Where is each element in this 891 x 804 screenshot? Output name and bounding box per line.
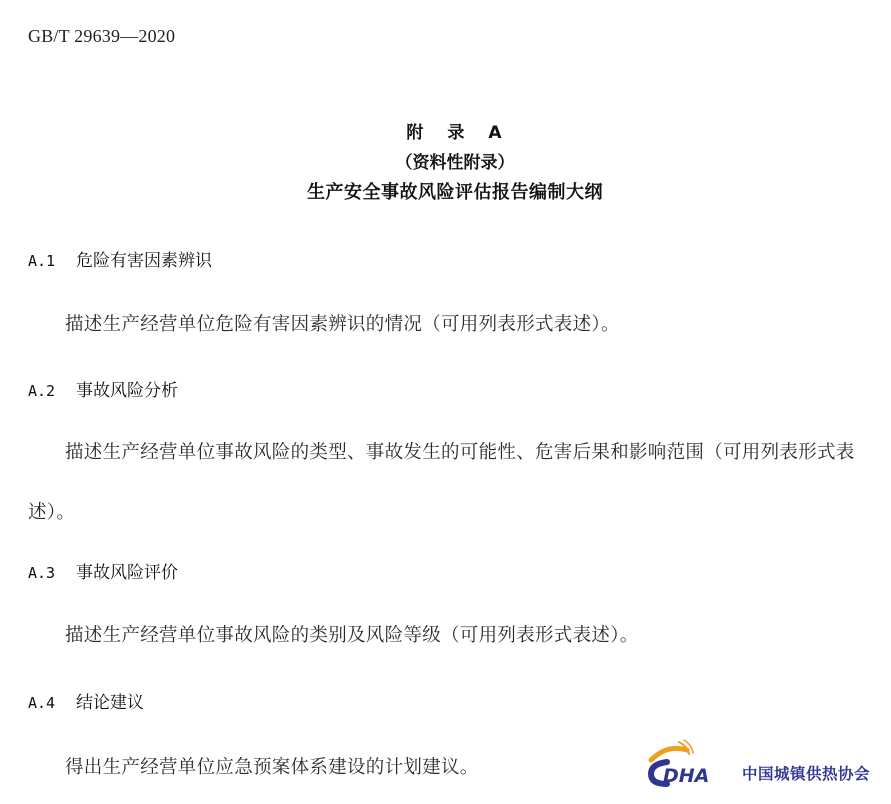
section-title: 事故风险分析 <box>76 381 178 401</box>
section-heading-a2: A.2事故风险分析 <box>28 376 178 401</box>
watermark-logo: DHA 中国城镇供热协会 <box>645 738 885 794</box>
section-title: 结论建议 <box>76 693 144 713</box>
section-number: A.4 <box>28 694 76 712</box>
section-title: 危险有害因素辨识 <box>76 251 212 271</box>
organization-name: 中国城镇供热协会 <box>742 762 870 784</box>
standard-number: GB/T 29639—2020 <box>28 26 175 47</box>
section-number: A.3 <box>28 564 76 582</box>
section-body-a2: 描述生产经营单位事故风险的类型、事故发生的可能性、危害后果和影响范围（可用列表形… <box>28 423 878 543</box>
section-title: 事故风险评价 <box>76 563 178 583</box>
appendix-label-part2: 录 <box>447 123 466 143</box>
section-number: A.1 <box>28 252 76 270</box>
svg-text:DHA: DHA <box>663 765 709 787</box>
appendix-label-part3: A <box>488 123 503 143</box>
section-body-a3: 描述生产经营单位事故风险的类别及风险等级（可用列表形式表述）。 <box>28 606 878 666</box>
appendix-label-part1: 附 <box>406 123 425 143</box>
section-heading-a1: A.1危险有害因素辨识 <box>28 246 212 271</box>
appendix-label: 附录A <box>0 118 891 143</box>
section-heading-a4: A.4结论建议 <box>28 688 144 713</box>
cdha-logo-icon: DHA <box>645 738 740 794</box>
section-heading-a3: A.3事故风险评价 <box>28 558 178 583</box>
appendix-title: 生产安全事故风险评估报告编制大纲 <box>0 178 891 204</box>
appendix-type: （资料性附录） <box>0 148 891 173</box>
section-number: A.2 <box>28 382 76 400</box>
section-body-a1: 描述生产经营单位危险有害因素辨识的情况（可用列表形式表述）。 <box>28 295 878 355</box>
